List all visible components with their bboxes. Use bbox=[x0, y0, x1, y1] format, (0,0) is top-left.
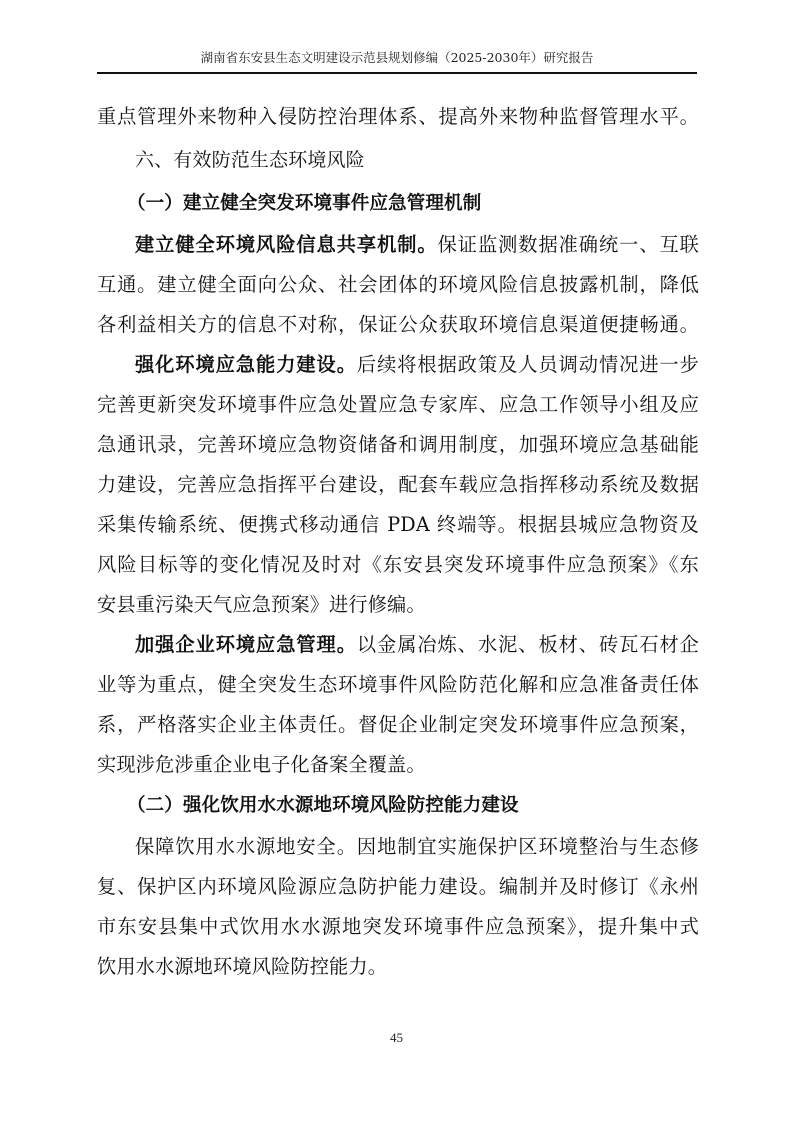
paragraph-lead: 建立健全环境风险信息共享机制。 bbox=[135, 233, 438, 256]
paragraph-line: 风险目标等的变化情况及时对《东安县突发环境事件应急预案》《东 bbox=[97, 545, 699, 585]
paragraph-line: 建立健全环境风险信息共享机制。保证监测数据准确统一、互联 bbox=[97, 225, 699, 265]
paragraph-line: 实现涉危涉重企业电子化备案全覆盖。 bbox=[97, 745, 699, 785]
paragraph-lead: 加强企业环境应急管理。 bbox=[135, 633, 357, 656]
page-body: 重点管理外来物种入侵防控治理体系、提高外来物种监督管理水平。 六、有效防范生态环… bbox=[97, 97, 699, 987]
paragraph-line: 饮用水水源地环境风险防控能力。 bbox=[97, 947, 699, 987]
running-header: 湖南省东安县生态文明建设示范县规划修编（2025-2030年）研究报告 bbox=[97, 50, 697, 66]
paragraph-line: 系，严格落实企业主体责任。督促企业制定突发环境事件应急预案， bbox=[97, 705, 699, 745]
paragraph-line: 业等为重点，健全突发生态环境事件风险防范化解和应急准备责任体 bbox=[97, 665, 699, 705]
section-heading: 六、有效防范生态环境风险 bbox=[97, 137, 699, 183]
paragraph-line: 完善更新突发环境事件应急处置应急专家库、应急工作领导小组及应 bbox=[97, 385, 699, 425]
paragraph-lead: 强化环境应急能力建设。 bbox=[135, 353, 357, 376]
header-rule bbox=[97, 72, 697, 74]
paragraph-line: 市东安县集中式饮用水水源地突发环境事件应急预案》，提升集中式 bbox=[97, 907, 699, 947]
paragraph-line: 急通讯录，完善环境应急物资储备和调用制度，加强环境应急基础能 bbox=[97, 425, 699, 465]
paragraph-line: 强化环境应急能力建设。后续将根据政策及人员调动情况进一步 bbox=[97, 345, 699, 385]
subsection-heading-1: （一）建立健全突发环境事件应急管理机制 bbox=[97, 183, 699, 225]
paragraph-line: 保障饮用水水源地安全。因地制宜实施保护区环境整治与生态修 bbox=[97, 827, 699, 867]
paragraph-line: 安县重污染天气应急预案》进行修编。 bbox=[97, 585, 699, 625]
paragraph-line: 加强企业环境应急管理。以金属冶炼、水泥、板材、砖瓦石材企 bbox=[97, 625, 699, 665]
paragraph-line: 互通。建立健全面向公众、社会团体的环境风险信息披露机制，降低 bbox=[97, 265, 699, 305]
page-number: 45 bbox=[0, 1030, 793, 1046]
subsection-heading-2: （二）强化饮用水水源地环境风险防控能力建设 bbox=[97, 785, 699, 827]
paragraph-line: 复、保护区内环境风险源应急防护能力建设。编制并及时修订《永州 bbox=[97, 867, 699, 907]
paragraph-line: 各利益相关方的信息不对称，保证公众获取环境信息渠道便捷畅通。 bbox=[97, 305, 699, 345]
intro-line: 重点管理外来物种入侵防控治理体系、提高外来物种监督管理水平。 bbox=[97, 97, 699, 137]
paragraph-line: 采集传输系统、便携式移动通信 PDA 终端等。根据县城应急物资及 bbox=[97, 505, 699, 545]
paragraph-line: 力建设，完善应急指挥平台建设，配套车载应急指挥移动系统及数据 bbox=[97, 465, 699, 505]
